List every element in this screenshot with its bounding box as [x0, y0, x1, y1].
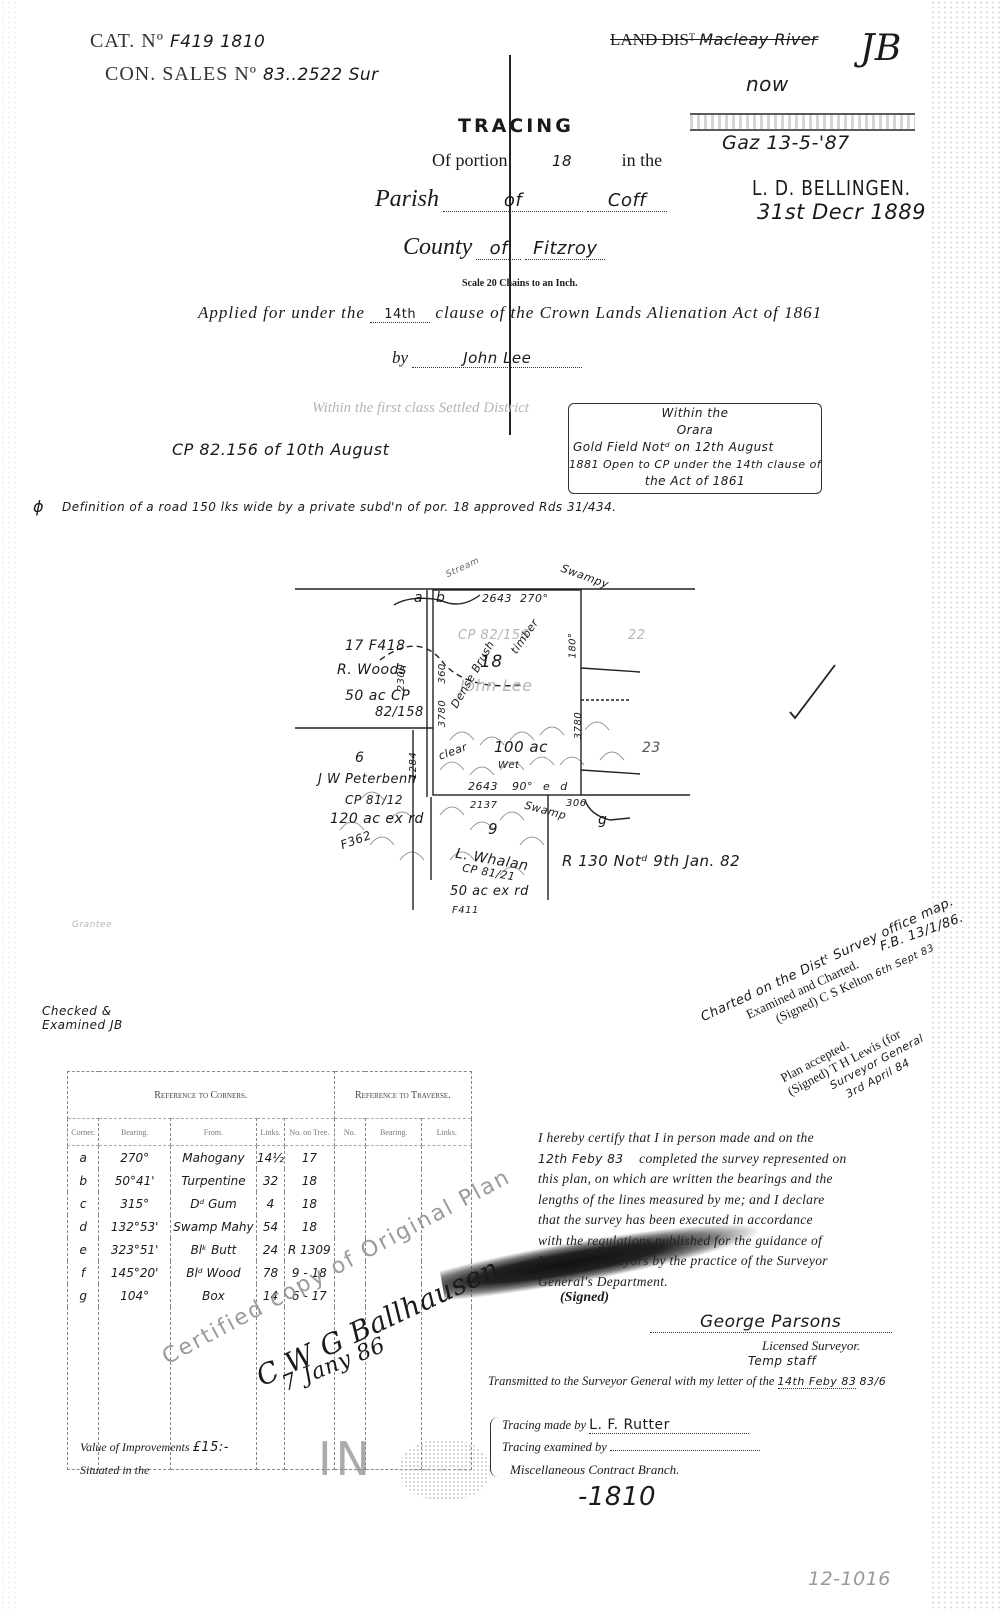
- archive-number: 12-1016: [808, 1568, 891, 1590]
- plan-dim-north: 2643 270°: [482, 592, 549, 605]
- cell-traverse-empty: [422, 1146, 472, 1170]
- table-row: c315°Dᵈ Gum418: [68, 1192, 472, 1215]
- cell-corner: d: [68, 1215, 99, 1238]
- surveyor-title: Licensed Surveyor.: [762, 1338, 860, 1354]
- plan-corner-a: a: [414, 590, 423, 606]
- tracing-made-by: L. F. Rutter: [589, 1417, 749, 1434]
- cell-from: Blᵏ Butt: [171, 1238, 257, 1261]
- plan-reserve: R 130 Notᵈ 9th Jan. 82: [562, 852, 740, 870]
- signed-label: (Signed): [560, 1290, 609, 1306]
- cell-bearing: 270°: [99, 1146, 171, 1170]
- branch-number: -1810: [578, 1482, 656, 1512]
- faint-left-mark: Grantee: [72, 920, 112, 930]
- col-bearing: Bearing.: [99, 1119, 171, 1146]
- cert-line-2-text: completed the survey represented on: [639, 1151, 846, 1166]
- cell-corner: g: [68, 1284, 99, 1307]
- cell-traverse-empty: [334, 1146, 365, 1170]
- cell-bearing: 132°53': [99, 1215, 171, 1238]
- examined-initials: Examined JB: [42, 1018, 123, 1032]
- col-corner: Corner.: [68, 1119, 99, 1146]
- cell-tree-no: 18: [285, 1215, 335, 1238]
- plan-dim-north-bearing: 270°: [520, 592, 549, 605]
- plan-dim-west-upper: 2300: [396, 664, 407, 691]
- plan-dim-south: 2643 90° e d: [468, 780, 568, 793]
- cell-bearing: 104°: [99, 1284, 171, 1307]
- cell-links: 24: [256, 1238, 284, 1261]
- cell-traverse-empty: [365, 1146, 422, 1170]
- cell-corner: b: [68, 1169, 99, 1192]
- cell-traverse-empty: [334, 1192, 365, 1215]
- cell-from: Blᵈ Wood: [171, 1261, 257, 1284]
- plan-adj-17-cp: 82/158: [375, 705, 424, 720]
- plan-dim-east: 180°: [568, 632, 579, 658]
- cell-from: Dᵈ Gum: [171, 1192, 257, 1215]
- col-tree-no: No. on Tree.: [285, 1119, 335, 1146]
- plan-adj-6: 6: [355, 750, 364, 766]
- cell-corner: c: [68, 1192, 99, 1215]
- plan-dim-se-corner: 306: [566, 798, 587, 809]
- plan-dim-south-road: 2137: [470, 800, 497, 811]
- cell-traverse-empty: [365, 1261, 422, 1284]
- cert-line-3: this plan, on which are written the bear…: [538, 1169, 847, 1190]
- cell-from: Swamp Mahy: [171, 1215, 257, 1238]
- transmitted-date: 14th Feby 83: [778, 1375, 857, 1389]
- plan-corner-b: b: [436, 590, 445, 606]
- cell-tree-no: 18: [285, 1169, 335, 1192]
- cell-bearing: 315°: [99, 1192, 171, 1215]
- cell-corner: f: [68, 1261, 99, 1284]
- plan-dim-south-length: 2643: [468, 780, 498, 793]
- value-improvements: Value of Improvements £15:-: [80, 1440, 229, 1455]
- plan-dim-south-bearing: 90°: [512, 780, 533, 793]
- checked-note: Checked & Examined JB: [42, 1004, 123, 1032]
- footer-brace: [490, 1417, 499, 1477]
- transmitted-ref: 83/6: [860, 1375, 887, 1388]
- stamp-letters: IN: [318, 1432, 374, 1486]
- plan-wet: Wet: [498, 760, 519, 771]
- plan-adj-6-area: 120 ac ex rd: [330, 811, 424, 827]
- faded-round-stamp: [400, 1440, 490, 1500]
- plan-adj-6-owner: J W Peterbenn: [318, 772, 416, 787]
- cell-from: Turpentine: [171, 1169, 257, 1192]
- cell-links: 54: [256, 1215, 284, 1238]
- cell-links: 78: [256, 1261, 284, 1284]
- transmitted-text: Transmitted to the Surveyor General with…: [488, 1374, 774, 1388]
- cell-traverse-empty: [334, 1284, 365, 1307]
- cell-corner: e: [68, 1238, 99, 1261]
- plan-adj-9-ref: F411: [452, 905, 479, 916]
- surveyor-signature: George Parsons: [700, 1312, 841, 1332]
- table-row: b50°41'Turpentine3218: [68, 1169, 472, 1192]
- cert-line-1: I hereby certify that I in person made a…: [538, 1128, 847, 1149]
- branch-label: Miscellaneous Contract Branch.: [510, 1462, 679, 1478]
- plan-dim-west-inner: 360: [437, 663, 448, 684]
- tracing-examined-blank: [610, 1450, 760, 1451]
- plan-area: 100 ac: [494, 738, 548, 756]
- checked-text: Checked &: [42, 1004, 123, 1018]
- tracing-made-line: Tracing made by L. F. Rutter: [502, 1417, 749, 1434]
- reference-table: Reference to Corners. Reference to Trave…: [67, 1071, 472, 1470]
- cell-links: 32: [256, 1169, 284, 1192]
- surveyor-note: Temp staff: [748, 1354, 816, 1368]
- cell-traverse-empty: [334, 1215, 365, 1238]
- cell-corner: a: [68, 1146, 99, 1170]
- cell-tree-no: 18: [285, 1192, 335, 1215]
- surveyor-signature-line: [650, 1332, 892, 1333]
- plan-adj-9: 9: [488, 820, 498, 838]
- plan-dim-east-len: 3780: [573, 712, 584, 739]
- table-row: a270°Mahogany14½17: [68, 1146, 472, 1170]
- tracing-examined-line: Tracing examined by: [502, 1440, 760, 1455]
- plan-adj-17: 17 F418: [345, 638, 406, 654]
- cell-tree-no: 17: [285, 1146, 335, 1170]
- cell-bearing: 145°20': [99, 1261, 171, 1284]
- cell-from: Mahogany: [171, 1146, 257, 1170]
- cell-traverse-empty: [365, 1169, 422, 1192]
- cell-traverse-empty: [422, 1238, 472, 1261]
- tracing-examined-label: Tracing examined by: [502, 1440, 607, 1454]
- transmitted-line: Transmitted to the Surveyor General with…: [488, 1374, 886, 1389]
- plan-corner-g: g: [598, 812, 607, 828]
- cell-links: 14½: [256, 1146, 284, 1170]
- col-from: From.: [171, 1119, 257, 1146]
- col-traverse-no: No.: [334, 1119, 365, 1146]
- plan-dim-west-road: 3780: [437, 700, 448, 727]
- plan-corner-e: e: [543, 780, 550, 793]
- table-row: f145°20'Blᵈ Wood789 - 18: [68, 1261, 472, 1284]
- tracing-made-label: Tracing made by: [502, 1418, 586, 1432]
- cell-bearing: 50°41': [99, 1169, 171, 1192]
- value-amount: £15:-: [193, 1440, 229, 1455]
- col-traverse-bearing: Bearing.: [365, 1119, 422, 1146]
- traverse-heading: Reference to Traverse.: [334, 1072, 471, 1119]
- col-links: Links.: [256, 1119, 284, 1146]
- corners-heading: Reference to Corners.: [68, 1072, 335, 1119]
- plan-corner-d: d: [560, 780, 567, 793]
- plan-adj-6-cp: CP 81/12: [345, 793, 403, 807]
- survey-date: 12th Feby 83: [538, 1152, 623, 1166]
- situated-label: Situated in the: [80, 1463, 149, 1478]
- plan-adj-23: 23: [642, 740, 661, 756]
- cert-line-4: lengths of the lines measured by me; and…: [538, 1190, 847, 1211]
- cell-links: 4: [256, 1192, 284, 1215]
- value-label: Value of Improvements: [80, 1440, 190, 1454]
- plan-adj-9-area: 50 ac ex rd: [450, 884, 529, 899]
- cell-bearing: 323°51': [99, 1238, 171, 1261]
- plan-adj-22: 22: [628, 628, 646, 643]
- cell-traverse-empty: [334, 1169, 365, 1192]
- plan-dim-north-length: 2643: [482, 592, 512, 605]
- cert-line-2: 12th Feby 83 completed the survey repres…: [538, 1149, 847, 1170]
- col-traverse-links: Links.: [422, 1119, 472, 1146]
